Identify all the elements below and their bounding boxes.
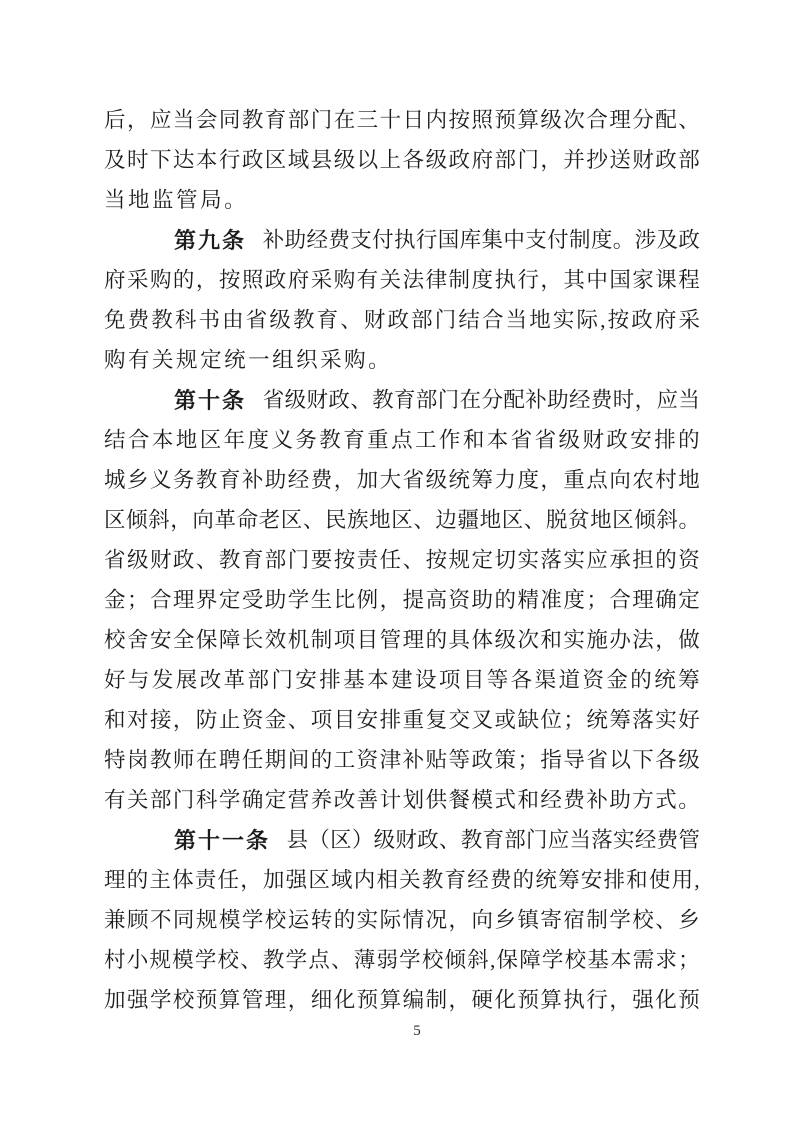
text-line: 第九条补助经费支付执行国库集中支付制度。涉及政 [104, 221, 700, 261]
article-label: 第十条 [174, 390, 244, 412]
text-line: 省级财政、教育部门要按责任、按规定切实落实应承担的资 [104, 541, 700, 581]
article-label: 第九条 [174, 230, 244, 252]
text-line: 金；合理界定受助学生比例，提高资助的精准度；合理确定 [104, 581, 700, 621]
text-line: 兼顾不同规模学校运转的实际情况，向乡镇寄宿制学校、乡 [104, 901, 700, 941]
text-line: 第十条省级财政、教育部门在分配补助经费时，应当 [104, 381, 700, 421]
page-number: 5 [413, 1023, 421, 1039]
text-line: 有关部门科学确定营养改善计划供餐模式和经费补助方式。 [104, 781, 700, 821]
text-line: 和对接，防止资金、项目安排重复交叉或缺位；统筹落实好 [104, 701, 700, 741]
text-line: 区倾斜，向革命老区、民族地区、边疆地区、脱贫地区倾斜。 [104, 501, 700, 541]
document-page: 后，应当会同教育部门在三十日内按照预算级次合理分配、及时下达本行政区域县级以上各… [0, 0, 793, 1122]
text-line: 第十一条县（区）级财政、教育部门应当落实经费管 [104, 821, 700, 861]
text-line: 村小规模学校、教学点、薄弱学校倾斜,保障学校基本需求； [104, 941, 700, 981]
paragraph-3: 第十条省级财政、教育部门在分配补助经费时，应当结合本地区年度义务教育重点工作和本… [104, 381, 700, 821]
text-line: 加强学校预算管理，细化预算编制，硬化预算执行，强化预 [104, 981, 700, 1021]
text-line: 当地监管局。 [104, 181, 700, 221]
paragraph-4: 第十一条县（区）级财政、教育部门应当落实经费管理的主体责任，加强区域内相关教育经… [104, 821, 700, 1021]
text-line: 城乡义务教育补助经费，加大省级统筹力度，重点向农村地 [104, 461, 700, 501]
page-footer: 5 [104, 1022, 700, 1040]
text-line: 购有关规定统一组织采购。 [104, 341, 700, 381]
paragraph-1: 后，应当会同教育部门在三十日内按照预算级次合理分配、及时下达本行政区域县级以上各… [104, 101, 700, 221]
text-line: 结合本地区年度义务教育重点工作和本省省级财政安排的 [104, 421, 700, 461]
text-line: 免费教科书由省级教育、财政部门结合当地实际,按政府采 [104, 301, 700, 341]
paragraph-2: 第九条补助经费支付执行国库集中支付制度。涉及政府采购的，按照政府采购有关法律制度… [104, 221, 700, 381]
text-line: 理的主体责任，加强区域内相关教育经费的统筹安排和使用, [104, 861, 700, 901]
text-line: 后，应当会同教育部门在三十日内按照预算级次合理分配、 [104, 101, 700, 141]
article-label: 第十一条 [174, 830, 268, 852]
text-line: 校舍安全保障长效机制项目管理的具体级次和实施办法，做 [104, 621, 700, 661]
text-line: 特岗教师在聘任期间的工资津补贴等政策；指导省以下各级 [104, 741, 700, 781]
text-line: 及时下达本行政区域县级以上各级政府部门，并抄送财政部 [104, 141, 700, 181]
text-line: 好与发展改革部门安排基本建设项目等各渠道资金的统筹 [104, 661, 700, 701]
document-body: 后，应当会同教育部门在三十日内按照预算级次合理分配、及时下达本行政区域县级以上各… [104, 101, 700, 1021]
text-line: 府采购的，按照政府采购有关法律制度执行，其中国家课程 [104, 261, 700, 301]
